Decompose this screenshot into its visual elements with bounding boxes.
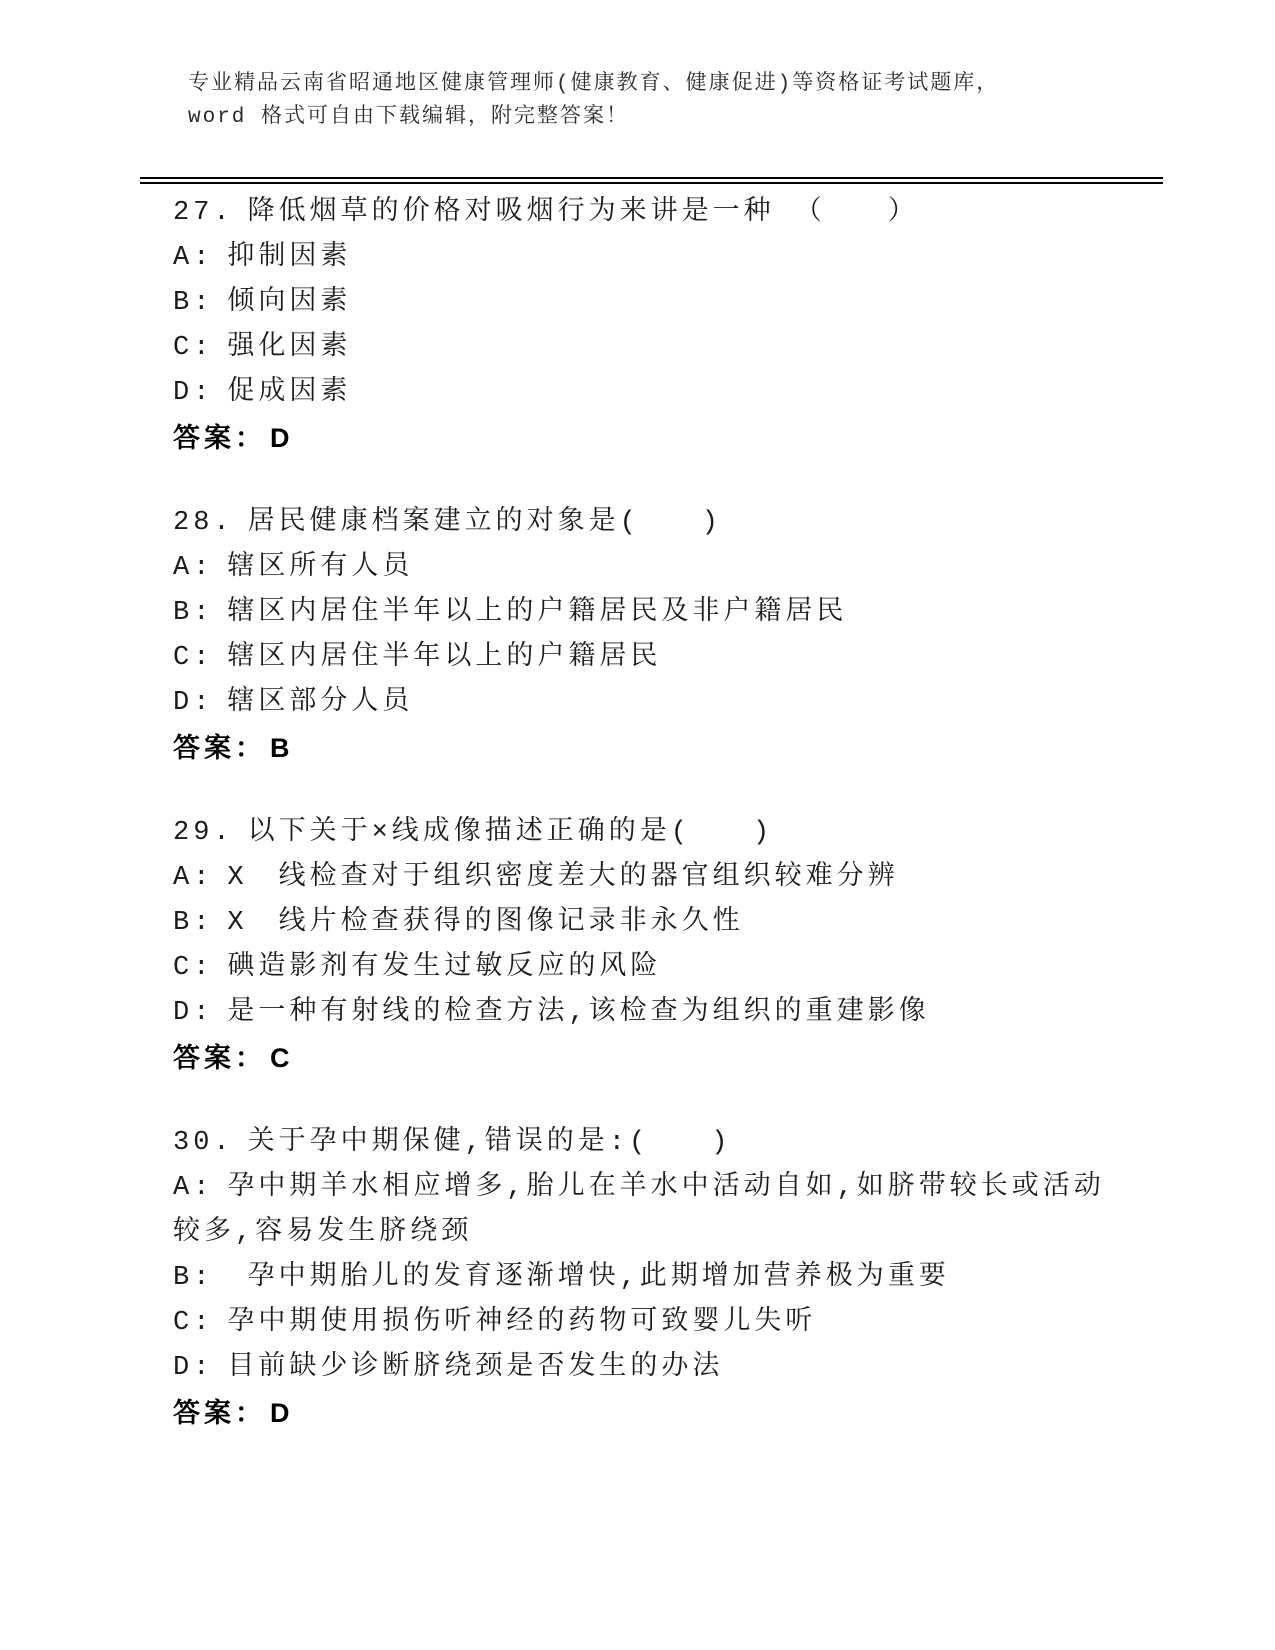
answer-value: C	[270, 1043, 294, 1073]
question-number: 29.	[173, 818, 234, 848]
question-option-b: B: 孕中期胎儿的发育逐渐增快,此期增加营养极为重要	[173, 1256, 1118, 1301]
question-title: 28.居民健康档案建立的对象是( )	[173, 501, 1118, 546]
question-number: 30.	[173, 1128, 234, 1158]
question-answer: 答案：D	[173, 416, 1118, 461]
answer-value: D	[270, 423, 294, 453]
question-title: 30.关于孕中期保健,错误的是:( )	[173, 1121, 1118, 1166]
option-text: X 线片检查获得的图像记录非永久性	[227, 908, 743, 938]
answer-value: D	[270, 1398, 294, 1428]
question-stem: 降低烟草的价格对吸烟行为来讲是一种 （ ）	[248, 198, 919, 228]
question-option-b: B:辖区内居住半年以上的户籍居民及非户籍居民	[173, 591, 1118, 636]
question-answer: 答案：B	[173, 726, 1118, 771]
option-label: B:	[173, 1263, 213, 1293]
option-text: 促成因素	[227, 378, 351, 408]
option-text: 辖区内居住半年以上的户籍居民	[227, 643, 661, 673]
answer-label: 答案：	[173, 1043, 266, 1073]
question-option-d: D:目前缺少诊断脐绕颈是否发生的办法	[173, 1346, 1118, 1391]
answer-label: 答案：	[173, 1398, 266, 1428]
question-27: 27.降低烟草的价格对吸烟行为来讲是一种 （ ） A:抑制因素 B:倾向因素 C…	[173, 191, 1118, 461]
option-label: B:	[173, 908, 213, 938]
question-stem: 以下关于×线成像描述正确的是( )	[248, 818, 774, 848]
option-label: C:	[173, 333, 213, 363]
question-answer: 答案：D	[173, 1391, 1118, 1436]
answer-label: 答案：	[173, 733, 266, 763]
option-label: A:	[173, 1173, 213, 1203]
option-text: 碘造影剂有发生过敏反应的风险	[227, 953, 661, 983]
option-text: 孕中期使用损伤听神经的药物可致婴儿失听	[227, 1308, 816, 1338]
option-label: C:	[173, 643, 213, 673]
option-text: X 线检查对于组织密度差大的器官组织较难分辨	[227, 863, 898, 893]
option-text: 孕中期羊水相应增多,胎儿在羊水中活动自如,如脐带较长或活动较多,容易发生脐绕颈	[173, 1173, 1105, 1248]
option-text: 是一种有射线的检查方法,该检查为组织的重建影像	[227, 998, 929, 1028]
question-option-d: D:是一种有射线的检查方法,该检查为组织的重建影像	[173, 991, 1118, 1036]
question-option-a: A:孕中期羊水相应增多,胎儿在羊水中活动自如,如脐带较长或活动较多,容易发生脐绕…	[173, 1166, 1118, 1256]
option-label: A:	[173, 243, 213, 273]
question-answer: 答案：C	[173, 1036, 1118, 1081]
question-option-d: D:促成因素	[173, 371, 1118, 416]
option-label: A:	[173, 863, 213, 893]
option-label: C:	[173, 953, 213, 983]
option-text: 强化因素	[227, 333, 351, 363]
question-28: 28.居民健康档案建立的对象是( ) A:辖区所有人员 B:辖区内居住半年以上的…	[173, 501, 1118, 771]
question-option-c: C:强化因素	[173, 326, 1118, 371]
question-option-a: A:抑制因素	[173, 236, 1118, 281]
question-number: 28.	[173, 508, 234, 538]
option-text: 抑制因素	[227, 243, 351, 273]
option-label: B:	[173, 288, 213, 318]
option-label: B:	[173, 598, 213, 628]
header-line-1: 专业精品云南省昭通地区健康管理师(健康教育、健康促进)等资格证考试题库，	[188, 68, 1148, 101]
option-text: 目前缺少诊断脐绕颈是否发生的办法	[227, 1353, 723, 1383]
question-option-a: A:辖区所有人员	[173, 546, 1118, 591]
option-text: 孕中期胎儿的发育逐渐增快,此期增加营养极为重要	[227, 1263, 949, 1293]
option-label: D:	[173, 378, 213, 408]
question-stem: 居民健康档案建立的对象是( )	[248, 508, 722, 538]
question-option-d: D:辖区部分人员	[173, 681, 1118, 726]
answer-label: 答案：	[173, 423, 266, 453]
question-number: 27.	[173, 198, 234, 228]
option-text: 倾向因素	[227, 288, 351, 318]
option-text: 辖区部分人员	[227, 688, 413, 718]
header-line-2: word 格式可自由下载编辑，附完整答案！	[188, 101, 1148, 134]
question-30: 30.关于孕中期保健,错误的是:( ) A:孕中期羊水相应增多,胎儿在羊水中活动…	[173, 1121, 1118, 1436]
option-label: A:	[173, 553, 213, 583]
option-label: D:	[173, 998, 213, 1028]
question-option-c: C:孕中期使用损伤听神经的药物可致婴儿失听	[173, 1301, 1118, 1346]
question-option-a: A:X 线检查对于组织密度差大的器官组织较难分辨	[173, 856, 1118, 901]
question-title: 29.以下关于×线成像描述正确的是( )	[173, 811, 1118, 856]
answer-value: B	[270, 733, 294, 763]
option-label: D:	[173, 1353, 213, 1383]
question-option-c: C:辖区内居住半年以上的户籍居民	[173, 636, 1118, 681]
option-label: D:	[173, 688, 213, 718]
option-label: C:	[173, 1308, 213, 1338]
document-header: 专业精品云南省昭通地区健康管理师(健康教育、健康促进)等资格证考试题库， wor…	[188, 68, 1148, 134]
option-text: 辖区内居住半年以上的户籍居民及非户籍居民	[227, 598, 847, 628]
question-list: 27.降低烟草的价格对吸烟行为来讲是一种 （ ） A:抑制因素 B:倾向因素 C…	[173, 191, 1118, 1476]
question-option-b: B:X 线片检查获得的图像记录非永久性	[173, 901, 1118, 946]
question-stem: 关于孕中期保健,错误的是:( )	[248, 1128, 732, 1158]
header-divider	[140, 177, 1163, 184]
option-text: 辖区所有人员	[227, 553, 413, 583]
question-29: 29.以下关于×线成像描述正确的是( ) A:X 线检查对于组织密度差大的器官组…	[173, 811, 1118, 1081]
question-option-b: B:倾向因素	[173, 281, 1118, 326]
question-option-c: C:碘造影剂有发生过敏反应的风险	[173, 946, 1118, 991]
question-title: 27.降低烟草的价格对吸烟行为来讲是一种 （ ）	[173, 191, 1118, 236]
